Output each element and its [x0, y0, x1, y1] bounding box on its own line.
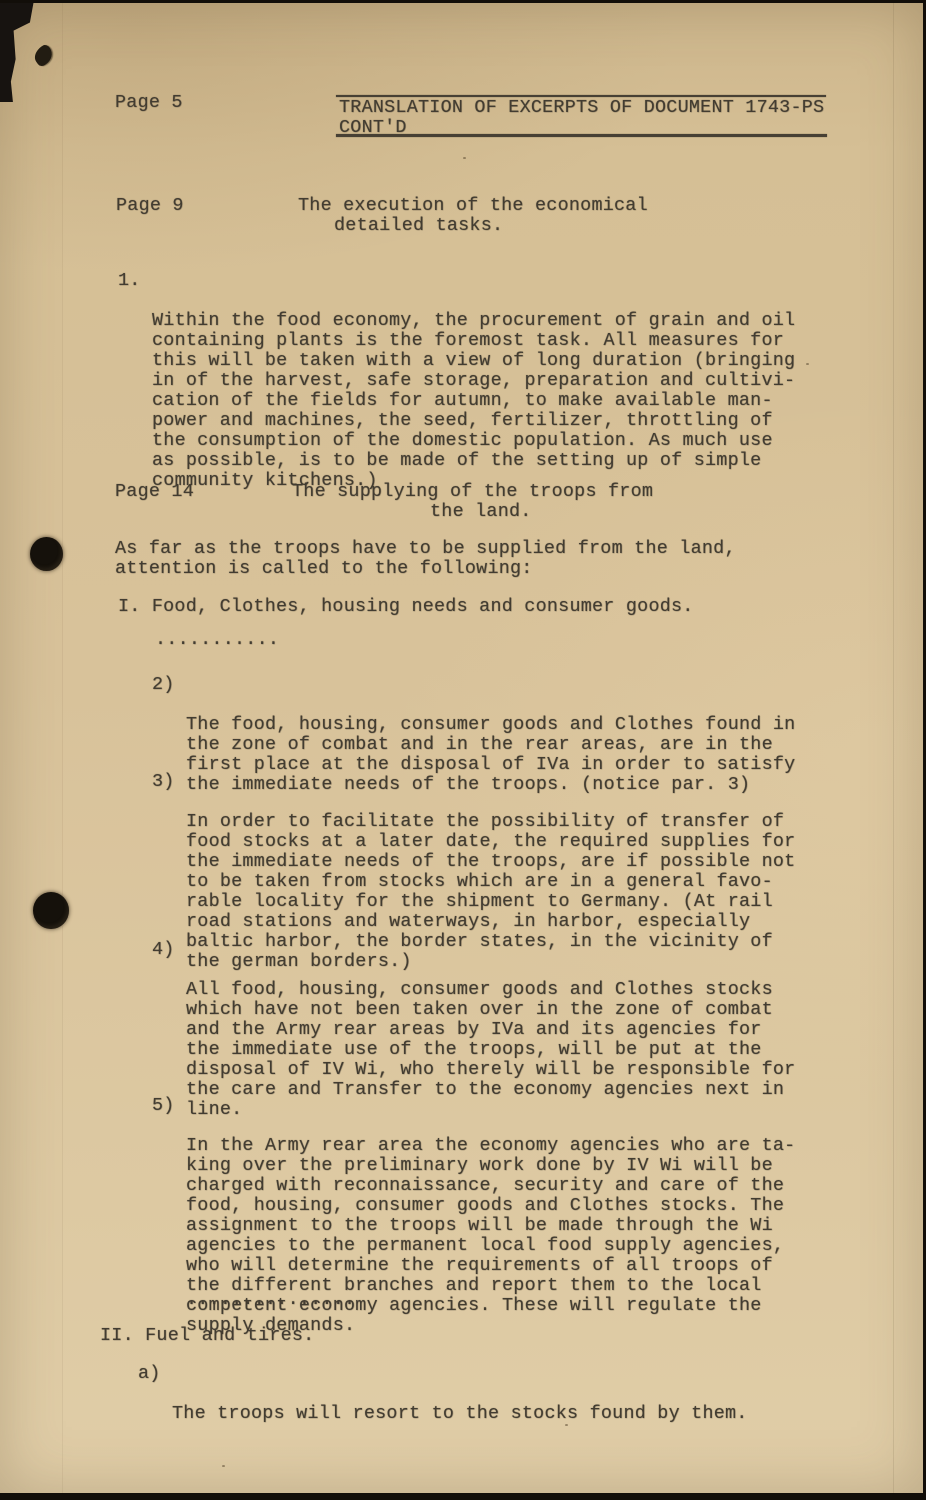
numbered-item-4-number: 4)	[152, 940, 175, 960]
scan-edge-top	[0, 0, 926, 3]
paper-speck	[463, 157, 466, 159]
section-page9-heading-line2: detailed tasks.	[334, 216, 503, 236]
paragraph-1-number: 1.	[118, 271, 141, 291]
paragraph-1: 1. Within the food economy, the procurem…	[152, 271, 795, 511]
item-roman-II: II. Fuel and tires.	[100, 1326, 314, 1346]
section-page14-label: Page 14	[115, 482, 194, 502]
section-page14-heading-line2: the land.	[430, 502, 532, 522]
item-a-text: The troops will resort to the stocks fou…	[172, 1404, 748, 1424]
item-a-number: a)	[138, 1364, 161, 1384]
numbered-item-5: 5) In the Army rear area the economy age…	[186, 1096, 795, 1356]
paper-speck	[806, 363, 809, 365]
intro-paragraph: As far as the troops have to be supplied…	[115, 539, 736, 579]
section-page9-heading-line1: The execution of the economical	[298, 196, 648, 216]
doc-header-title: TRANSLATION OF EXCERPTS OF DOCUMENT 1743…	[339, 98, 824, 118]
scan-background: { "colors": { "paper": "#d8c29a", "ink":…	[0, 0, 926, 1500]
section-page9-label: Page 9	[116, 196, 184, 216]
paper-speck	[222, 1465, 225, 1467]
item-a: a) The troops will resort to the stocks …	[172, 1364, 748, 1444]
section-page14-heading-line1: The supplying of the troops from	[292, 482, 653, 502]
ellipsis-line-2: ...............	[186, 1290, 355, 1310]
scan-edge-bottom	[0, 1493, 926, 1500]
numbered-item-3-number: 3)	[152, 772, 175, 792]
ellipsis-line-1: ...........	[155, 630, 279, 650]
numbered-item-2-number: 2)	[152, 675, 175, 695]
numbered-item-5-number: 5)	[152, 1096, 175, 1116]
paper-crease	[893, 3, 894, 1493]
item-roman-I: I. Food, Clothes, housing needs and cons…	[118, 597, 694, 617]
paper-crease	[62, 3, 63, 1493]
header-rule-bottom	[336, 134, 827, 137]
page-number-label: Page 5	[115, 93, 183, 113]
punch-hole-bottom	[33, 892, 69, 929]
paragraph-1-text: Within the food economy, the procurement…	[152, 311, 795, 491]
punch-hole-top	[30, 537, 63, 571]
